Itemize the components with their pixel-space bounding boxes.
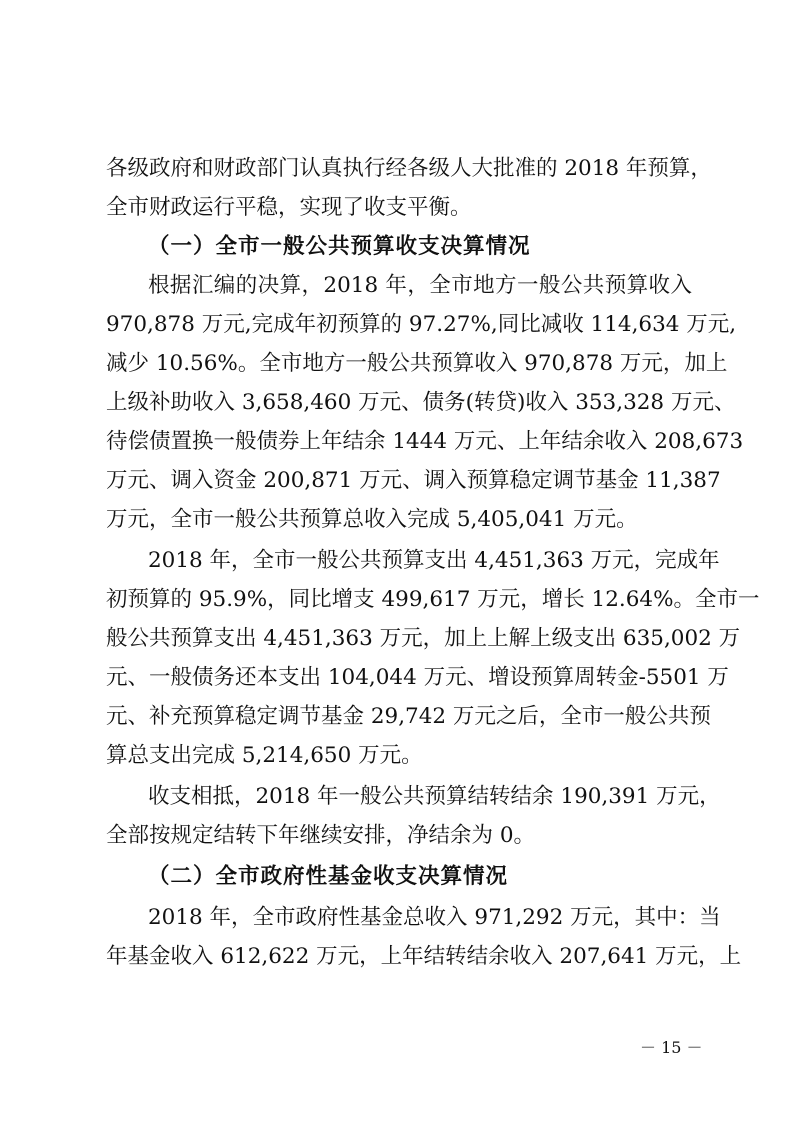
paragraph-line: 减少 10.56%。全市地方一般公共预算收入 970,878 万元，加上 <box>106 349 692 379</box>
paragraph-line: 年基金收入 612,622 万元，上年结转结余收入 207,641 万元，上 <box>106 942 692 972</box>
paragraph-line: 全部按规定结转下年继续安排，净结余为 0。 <box>106 821 692 851</box>
intro-line-2: 全市财政运行平稳，实现了收支平衡。 <box>106 193 692 223</box>
paragraph-line: 万元、调入资金 200,871 万元、调入预算稳定调节基金 11,387 <box>106 466 692 496</box>
paragraph-line: 般公共预算支出 4,451,363 万元，加上上解上级支出 635,002 万 <box>106 624 692 654</box>
paragraph-line: 收支相抵，2018 年一般公共预算结转结余 190,391 万元， <box>148 782 692 812</box>
paragraph-line: 根据汇编的决算，2018 年，全市地方一般公共预算收入 <box>148 271 692 301</box>
page-number: － 15 － <box>640 1038 703 1058</box>
paragraph-line: 万元，全市一般公共预算总收入完成 5,405,041 万元。 <box>106 505 692 535</box>
paragraph-line: 970,878 万元,完成年初预算的 97.27%,同比减收 114,634 万… <box>106 310 692 340</box>
section-heading-government-fund: （二）全市政府性基金收支决算情况 <box>148 862 508 892</box>
section-heading-general-budget: （一）全市一般公共预算收支决算情况 <box>148 232 531 262</box>
paragraph-line: 上级补助收入 3,658,460 万元、债务(转贷)收入 353,328 万元、 <box>106 388 692 418</box>
paragraph-line: 元、一般债务还本支出 104,044 万元、增设预算周转金-5501 万 <box>106 663 692 693</box>
paragraph-line: 2018 年，全市一般公共预算支出 4,451,363 万元，完成年 <box>148 546 692 576</box>
paragraph-line: 待偿债置换一般债券上年结余 1444 万元、上年结余收入 208,673 <box>106 427 692 457</box>
paragraph-line: 2018 年，全市政府性基金总收入 971,292 万元，其中：当 <box>148 903 692 933</box>
paragraph-line: 初预算的 95.9%，同比增支 499,617 万元，增长 12.64%。全市一 <box>106 585 692 615</box>
paragraph-line: 算总支出完成 5,214,650 万元。 <box>106 741 692 771</box>
intro-line-1: 各级政府和财政部门认真执行经各级人大批准的 2018 年预算， <box>106 154 692 184</box>
document-page: 各级政府和财政部门认真执行经各级人大批准的 2018 年预算， 全市财政运行平稳… <box>0 0 793 1122</box>
paragraph-line: 元、补充预算稳定调节基金 29,742 万元之后，全市一般公共预 <box>106 702 692 732</box>
